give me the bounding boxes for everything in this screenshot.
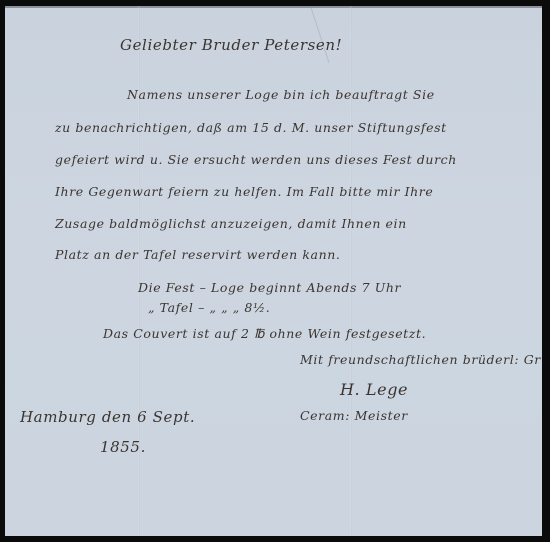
place-date: Hamburg den 6 Sept. [20,410,195,425]
schedule-line: Die Fest – Loge beginnt Abends 7 Uhr [138,282,401,295]
signature-title: Ceram: Meister [300,410,408,423]
body-line: Ihre Gegenwart feiern zu helfen. Im Fall… [55,186,433,199]
body-line: zu benachrichtigen, daß am 15 d. M. unse… [55,122,447,135]
closing-line: Mit freundschaftlichen brüderl: Grüßen! [300,354,542,367]
signature-name: H. Lege [340,382,408,398]
schedule-line: „ Tafel – „ „ „ 8½. [148,302,270,315]
body-line: Platz an der Tafel reservirt werden kann… [55,249,340,262]
body-line: gefeiert wird u. Sie ersucht werden uns … [55,154,457,167]
fold-line [350,6,352,536]
body-line: Namens unserer Loge bin ich beauftragt S… [127,89,435,102]
salutation: Geliebter Bruder Petersen! [120,38,342,53]
note-line: Das Couvert ist auf 2 ℔ ohne Wein festge… [103,328,426,341]
body-line: Zusage baldmöglichst anzuzeigen, damit I… [55,218,407,231]
fold-line [138,6,140,536]
paper-crease [310,6,329,63]
letter-page: Geliebter Bruder Petersen! Namens unsere… [5,6,542,536]
year: 1855. [100,440,146,455]
